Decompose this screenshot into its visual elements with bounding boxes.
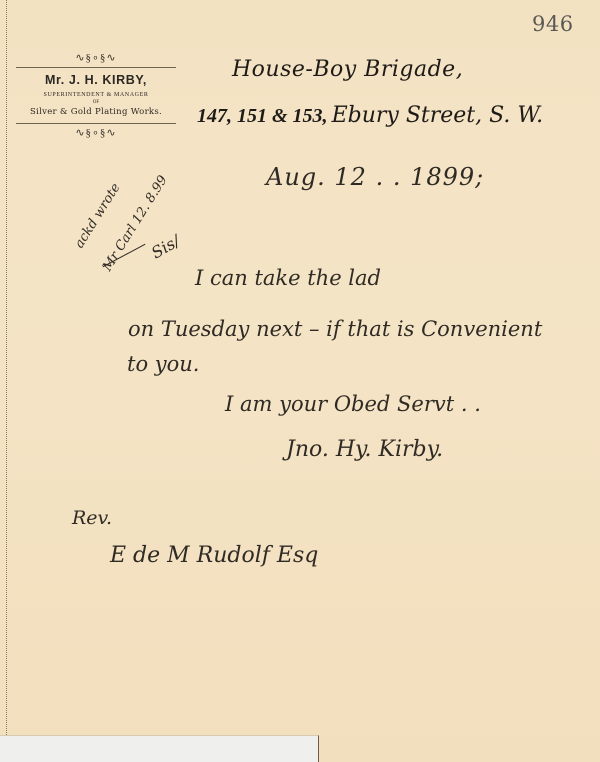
- letter-paper: 946 ∿§∘§∿ Mr. J. H. KIRBY, SUPERINTENDEN…: [0, 0, 600, 762]
- catalog-number: 946: [532, 12, 574, 36]
- margin-note-line-3: Sis/: [148, 231, 183, 262]
- letter-body-line-1: I can take the lad: [195, 266, 381, 290]
- proprietor-works: Silver & Gold Plating Works.: [16, 107, 176, 117]
- proprietor-name: Mr. J. H. KIRBY,: [16, 73, 176, 87]
- proprietor-of: OF: [16, 100, 176, 105]
- addressee-name: E de M Rudolf Esq: [110, 543, 318, 568]
- letter-body-line-3: to you.: [127, 352, 199, 376]
- letter-closing: I am your Obed Servt . .: [225, 392, 481, 416]
- paper-cutout: [0, 735, 319, 762]
- letterhead-rule-top: [16, 67, 176, 68]
- perforated-edge: [6, 0, 8, 735]
- address-numbers: 147, 151 & 153,: [197, 105, 328, 127]
- letter-date: Aug. 12 . . 1899;: [266, 163, 484, 191]
- letter-signature: Jno. Hy. Kirby.: [286, 437, 443, 462]
- proprietor-title: SUPERINTENDENT & MANAGER: [16, 92, 176, 98]
- organization-name: House-Boy Brigade,: [232, 57, 463, 82]
- letterhead-rule-bottom: [16, 123, 176, 124]
- address-street: Ebury Street, S. W.: [332, 103, 544, 128]
- letter-body-line-2: on Tuesday next – if that is Convenient: [128, 317, 542, 341]
- ornament-top-icon: ∿§∘§∿: [16, 52, 176, 64]
- letterhead-left-block: ∿§∘§∿ Mr. J. H. KIRBY, SUPERINTENDENT & …: [16, 52, 176, 139]
- addressee-prefix: Rev.: [72, 507, 112, 529]
- ornament-bottom-icon: ∿§∘§∿: [16, 127, 176, 139]
- letterhead-address: 147, 151 & 153, Ebury Street, S. W.: [197, 103, 543, 128]
